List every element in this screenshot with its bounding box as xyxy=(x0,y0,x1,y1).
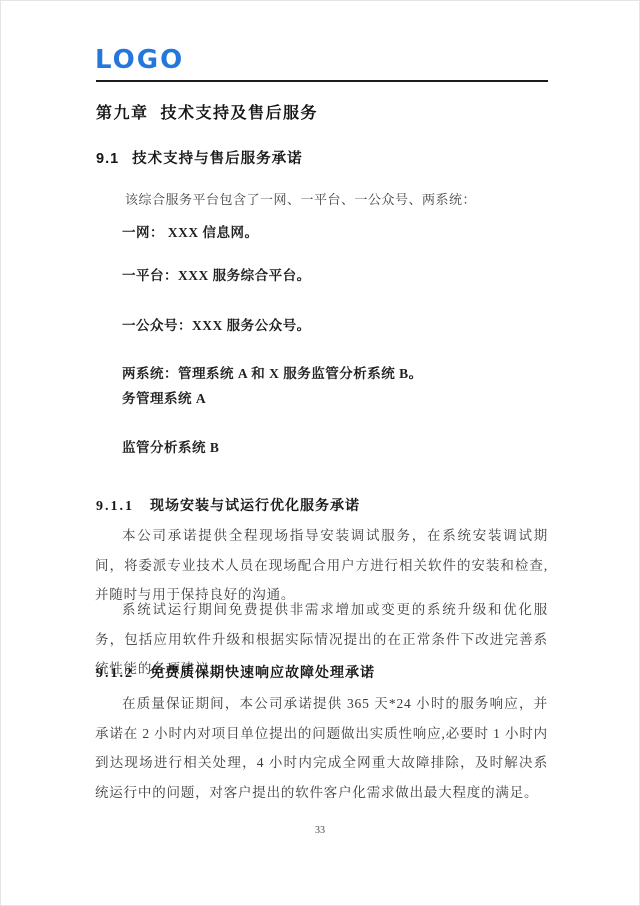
section-9-1-1-title: 现场安装与试运行优化服务承诺 xyxy=(150,499,360,514)
chapter-heading: 第九章技术支持及售后服务 xyxy=(96,100,318,123)
platform-item-platform: 一平台：XXX 服务综合平台。 xyxy=(122,264,311,284)
warranty-response-paragraph: 在质量保证期间，本公司承诺提供 365 天*24 小时的服务响应，并承诺在 2 … xyxy=(95,689,548,807)
document-page: LOGO 第九章技术支持及售后服务 9.1技术支持与售后服务承诺 该综合服务平台… xyxy=(0,0,640,906)
platform-intro-text: 该综合服务平台包含了一网、一平台、一公众号、两系统： xyxy=(125,189,476,208)
section-9-1-1-heading: 9.1.1现场安装与试运行优化服务承诺 xyxy=(96,495,360,515)
section-9-1-title: 技术支持与售后服务承诺 xyxy=(132,151,303,167)
section-9-1-heading: 9.1技术支持与售后服务承诺 xyxy=(96,147,303,168)
platform-item-two-systems: 两系统：管理系统 A 和 X 服务监管分析系统 B。 xyxy=(122,362,423,382)
page-number: 33 xyxy=(1,825,639,836)
section-9-1-2-heading: 9.1.2免费质保期快速响应故障处理承诺 xyxy=(96,662,375,682)
section-9-1-number: 9.1 xyxy=(96,151,119,167)
chapter-number: 第九章 xyxy=(96,105,149,122)
platform-item-official-account: 一公众号：XXX 服务公众号。 xyxy=(122,314,311,334)
section-9-1-2-number: 9.1.2 xyxy=(96,666,134,681)
chapter-title-text: 技术支持及售后服务 xyxy=(161,105,319,122)
section-9-1-2-title: 免费质保期快速响应故障处理承诺 xyxy=(150,666,375,681)
platform-item-network: 一网： XXX 信息网。 xyxy=(122,221,259,241)
company-logo: LOGO xyxy=(95,47,184,73)
platform-item-analysis-system-b: 监管分析系统 B xyxy=(122,436,219,456)
section-9-1-1-number: 9.1.1 xyxy=(96,499,134,514)
header-divider xyxy=(96,80,548,82)
platform-item-management-system-a: 务管理系统 A xyxy=(122,387,206,407)
